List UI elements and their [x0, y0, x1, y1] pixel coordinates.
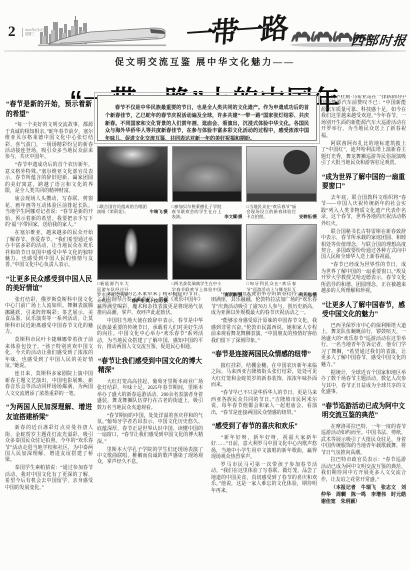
- middle-columns: 来自中国的艺术家带来了精彩纷呈的节目，二胡与钢琴合奏《茉莉花》、舞蹈《欢乐中国年…: [97, 292, 317, 563]
- text-block: “让更多人了解中国春节，感受中国文化的魅力”: [322, 301, 405, 320]
- text-block: “春节是连接两国民众情感的纽带”: [212, 350, 316, 360]
- news-photo-image: [172, 146, 243, 202]
- text-block: “春节早已不只是华侨华人的节日，更是马来西亚各族民众共同的节日。”吉隆坡市民阿米…: [211, 391, 317, 417]
- text-block: “春节已经成为世界性的节日，成为世界了解中国的一扇重要窗口。”埃及开罗大学教授艾…: [321, 263, 406, 295]
- text-block: 阿联酋阿布扎比的地标建筑披上了“中国红”，迪拜哈利法塔上演新春主题灯光秀，舞龙舞…: [321, 142, 406, 168]
- text-block: “让更多民众感受到中国人民的美好情谊”: [6, 275, 92, 294]
- text-block: “春节让我们感受到中国文化的博大精深”: [98, 357, 202, 376]
- text-block: 庙会现场人头攒动，写春联、剪窗花、画年画等互动体验区前排起长队。当地学生阿娜对记…: [5, 197, 93, 229]
- text-block: 在摩洛哥拉巴特，一年一度的春节巡游活动如约而至。中国书法、剪纸、武术等展示吸引了…: [321, 425, 406, 457]
- left-column: “春节是新的开始，预示着新的希望”“每一个美好的文明交流故事，都源于真诚的相知相…: [5, 95, 93, 563]
- caption-credit: 安耕拓/摄: [299, 214, 317, 219]
- news-photo-image: [97, 146, 168, 202]
- news-photo-cell: □参加贝尔格莱德孔子学院春节联欢会的学生在台上表演。 李文耀/摄: [172, 146, 243, 220]
- caption-text: □参加贝尔格莱德孔子学院春节联欢会的学生在台上表演。: [172, 204, 222, 220]
- photo-caption: □联合国官员组成的合唱团演唱《茉莉花》。 牛瑞飞/摄: [97, 204, 168, 215]
- newspaper-name: 西部时报: [350, 30, 408, 49]
- right-column: 阿卜杜勒·马希亚站在一排崭新的中国新能源汽车前赞叹不已：“中国新能源汽车质量可靠…: [321, 95, 406, 563]
- text-block: 泰国学生素帕猜说：“通过参加春节活动，我对中国文化有了更深的了解，希望今后有机会…: [5, 466, 93, 492]
- text-block: 拉巴特市政官员表示：“春节巡游活动已成为阿中文明交流互鉴的典范，我们期待同中方开…: [321, 458, 406, 484]
- text-block: 中国驻当地大使在致辞中表示，春节是中华民族最重要的传统节日，承载着人们对美好生活…: [97, 319, 203, 351]
- news-photo-cell: □联合国官员组成的合唱团演唱《茉莉花》。 牛瑞飞/摄: [97, 146, 168, 220]
- text-block: 新春的近百盏彩灯点亮曼谷唐人街，金蛇贺岁主题花灯流光溢彩，吸引众多泰国民众驻足拍…: [5, 426, 93, 465]
- text-block: “新年好呀，新年好呀，祝福大家新年好……”日前，意大利罗马中国文化中心内歌声悠扬…: [211, 436, 317, 462]
- middle-left-column: 来自中国的艺术家带来了精彩纷呈的节目，二胡与钢琴合奏《茉莉花》、舞蹈《欢乐中国年…: [97, 292, 203, 563]
- text-block: “成为世界了解中国的一扇重要窗口”: [322, 173, 405, 192]
- photo-caption: □当地民众在“欢乐春节”庙会现场设立的新春体验打卡点拍照。 安耕拓/摄: [246, 204, 317, 220]
- caption-credit: 牛瑞飞/摄: [150, 209, 168, 214]
- text-block: “每一个美好的文明交流故事，都源于真诚的相知相亲。”蛇年春节前夕，塞尔维亚贝尔格…: [5, 123, 93, 162]
- text-block: 据统计，全球近百个国家和地区举办了数千场春节主题活动，数亿人次参与其中，春节正日…: [321, 371, 406, 397]
- text-block: “春节期间的中国，处处洋溢着喜庆祥和的气氛。”葡萄牙学者若昂表示，中国文化历史悠…: [97, 414, 203, 446]
- text-block: 去年底，联合国教科文组织将“春节——中国人庆祝传统新年的社会实践”列入人类非物质…: [321, 196, 406, 228]
- masthead-divider: [4, 50, 406, 52]
- text-block: “春节是新的开始，预示着新的希望”: [6, 100, 92, 119]
- photo-grid: □联合国官员组成的合唱团演唱《茉莉花》。 牛瑞飞/摄 □参加贝尔格莱德孔子学院春…: [97, 146, 317, 303]
- text-block: 在塞尔维亚，越来越多的民众开始了解春节、喜爱春节。“我们希望通过举办丰富多彩的活…: [5, 231, 93, 270]
- text-block: 联合国秘书长古特雷斯在新春致辞中表示，春节所承载的家庭团圆、和睦相处等价值理念，…: [321, 230, 406, 262]
- middle-right-column: 中国驻英国大使馆举办的新春招待会上，宾朋满座，其乐融融。伦敦特拉法加广场的“欢乐…: [211, 292, 317, 563]
- caption-text: □联合国官员组成的合唱团演唱《茉莉花》。: [97, 204, 147, 215]
- news-photo-cell: □当地民众在“欢乐春节”庙会现场设立的新春体验打卡点拍照。 安耕拓/摄: [246, 146, 317, 220]
- text-block: “感受到了春节的喜庆和欢乐”: [212, 422, 316, 432]
- text-block: 连日来，莫斯科多家剧院上演中国新春主题文艺演出，中国电影展映、新春音乐会等活动同…: [5, 372, 93, 398]
- text-block: 披红挂彩，结棚金穗。在中国农历新年来临之际，马来西亚吉隆坡街头张灯结彩，处处可见…: [211, 364, 317, 390]
- masthead: 2 2025年2月5日星期三 一带一路: [0, 12, 410, 52]
- news-photo-image: [97, 224, 168, 280]
- text-block: “为两国人民加深理解、增进友谊搭建桥梁”: [6, 403, 92, 422]
- caption-credit: 李文耀/摄: [224, 214, 242, 219]
- text-block: 大红灯笼高高挂起，葡萄牙里斯本商业广场张灯结彩，年味十足。2025年春节期间，里…: [97, 380, 203, 412]
- text-block: 阿卜杜勒·马希亚站在一排崭新的中国新能源汽车前赞叹不已：“中国新能源汽车质量可靠…: [321, 95, 406, 140]
- intro-text: 春节不仅是中华民族最重要的节日，也是全人类共同的文化遗产。作为申遗成功后的首个新…: [105, 105, 309, 141]
- news-photo-image: [246, 146, 317, 202]
- news-photo-image: [172, 224, 243, 280]
- text-block: “春节申遗成功后的首个农历新年，意义格外特殊。”塞尔维亚文化部官员表示，春节所蕴…: [5, 163, 93, 195]
- text-block: 中国驻英国大使馆举办的新春招待会上，宾朋满座，其乐融融。伦敦特拉法加广场的“欢乐…: [211, 292, 317, 318]
- skyline-train-art: [38, 14, 168, 50]
- belt-road-calligraphy: 一带一路: [175, 6, 298, 55]
- intro-summary-box: 春节不仅是中华民族最重要的节日，也是全人类共同的文化遗产。作为申遗成功后的首个新…: [97, 95, 317, 141]
- caption-text: □当地民众在“欢乐春节”庙会现场设立的新春体验打卡点拍照。: [246, 204, 296, 220]
- text-block: “春节巡游活动已成为阿中文明交流互鉴的典范”: [322, 402, 405, 421]
- text-block: 罗马市民马可第一次带孩子参加春节活动。“我们在这里体验了写春联、做灯笼，品尝了地…: [211, 463, 317, 495]
- text-block: （本报记者 牛瑞飞 张志文 刘仲华 周輖 陈一鸣 李增伟 时元皓 谢佳宽 朱玥颖…: [321, 486, 406, 506]
- text-block: “能够亲身感受原汁原味的中国春节文化，我感到非常兴奋。”伦敦市民露西说，她和家人…: [211, 319, 317, 345]
- kicker-line: 促文明交流互鉴 展中华文化魅力——: [0, 55, 410, 68]
- text-block: 里斯本大学孔子学院的学生们还现场表演了中文歌曲联唱，稚嫩而真诚的歌声感染了现场观…: [97, 448, 203, 467]
- text-block: 张灯结彩，俄罗斯莫斯科中国文化中心门前广场上人流如织。舞狮表演腾挪跳跃，引来阵阵…: [5, 298, 93, 337]
- news-photo-image: [246, 224, 317, 280]
- text-block: 巴西圣保罗市中心的保利斯塔大道上，舞龙队伍蜿蜒前行，锣鼓喧天，一场盛大的“欢乐春…: [321, 324, 406, 369]
- text-block: 来自中国的艺术家带来了精彩纷呈的节目，二胡与钢琴合奏《茉莉花》、舞蹈《欢乐中国年…: [97, 292, 203, 318]
- page-number: 2: [8, 24, 16, 41]
- newspaper-page: 2 2025年2月5日星期三 一带一路: [0, 0, 410, 571]
- text-block: 莫斯科市民叶卡捷琳娜带着孩子前来体验包饺子。“孩子特别喜欢中国文化，今天的活动让…: [5, 338, 93, 370]
- photo-caption: □参加贝尔格莱德孔子学院春节联欢会的学生在台上表演。 李文耀/摄: [172, 204, 243, 220]
